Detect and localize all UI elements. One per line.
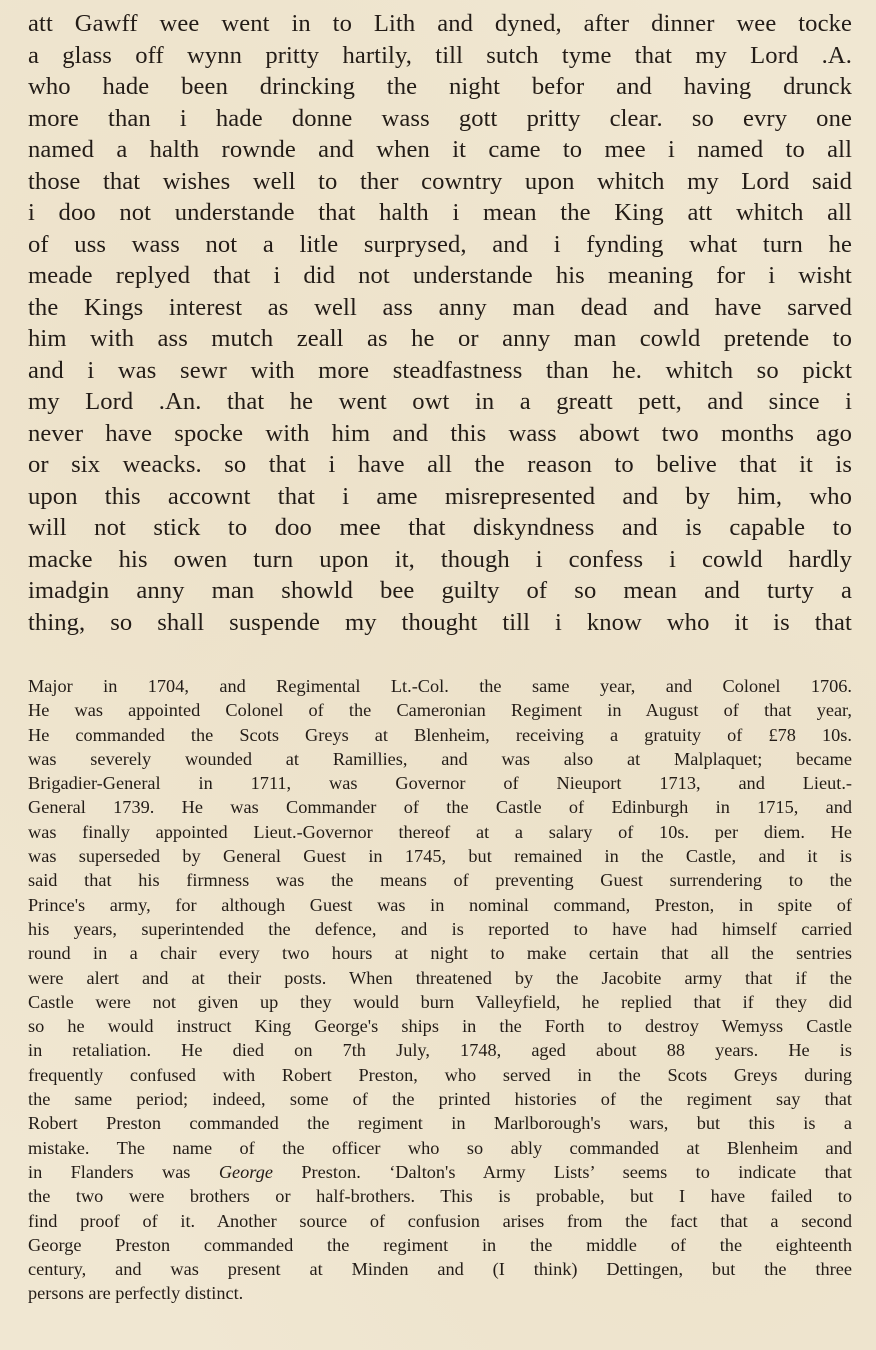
footnote-line: Major in 1704, and Regimental Lt.-Col. t… (28, 674, 852, 698)
footnote-line: Castle were not given up they would burn… (28, 990, 852, 1014)
footnote-line: persons are perfectly distinct. (28, 1281, 852, 1305)
letter-line: the Kings interest as well ass anny man … (28, 292, 852, 324)
letter-line: upon this accownt that i ame misrepresen… (28, 481, 852, 513)
letter-line: or six weacks. so that i have all the re… (28, 449, 852, 481)
footnote-line: mistake. The name of the officer who so … (28, 1136, 852, 1160)
letter-line: will not stick to doo mee that diskyndne… (28, 512, 852, 544)
letter-line: him with ass mutch zeall as he or anny m… (28, 323, 852, 355)
letter-line: of uss wass not a litle surprysed, and i… (28, 229, 852, 261)
footnote-line: was superseded by General Guest in 1745,… (28, 844, 852, 868)
footnote-line: the same period; indeed, some of the pri… (28, 1087, 852, 1111)
letter-line: i doo not understande that halth i mean … (28, 197, 852, 229)
letter-line: my Lord .An. that he went owt in a great… (28, 386, 852, 418)
footnote-line-with-italic: in Flanders was George Preston. ‘Dalton'… (28, 1160, 852, 1184)
footnote-line: were alert and at their posts. When thre… (28, 966, 852, 990)
footnote-line: his years, superintended the defence, an… (28, 917, 852, 941)
letter-line: thing, so shall suspende my thought till… (28, 607, 852, 639)
italic-name: George (219, 1162, 273, 1182)
letter-line: macke his owen turn upon it, though i co… (28, 544, 852, 576)
footnote-line: the two were brothers or half-brothers. … (28, 1184, 852, 1208)
letter-line: and i was sewr with more steadfastness t… (28, 355, 852, 387)
letter-line: who hade been drincking the night befor … (28, 71, 852, 103)
letter-line: those that wishes well to ther cowntry u… (28, 166, 852, 198)
footnote-line: Prince's army, for although Guest was in… (28, 893, 852, 917)
footnote-line: was finally appointed Lieut.-Governor th… (28, 820, 852, 844)
footnote-line: He was appointed Colonel of the Cameroni… (28, 698, 852, 722)
letter-line: att Gawff wee went in to Lith and dyned,… (28, 8, 852, 40)
footnote-line: century, and was present at Minden and (… (28, 1257, 852, 1281)
letter-line: imadgin anny man showld bee guilty of so… (28, 575, 852, 607)
footnote-line: Robert Preston commanded the regiment in… (28, 1111, 852, 1135)
letter-text: att Gawff wee went in to Lith and dyned,… (28, 8, 852, 638)
footnote-line: said that his firmness was the means of … (28, 868, 852, 892)
footnote-line: George Preston commanded the regiment in… (28, 1233, 852, 1257)
footnote-line: was severely wounded at Ramillies, and w… (28, 747, 852, 771)
letter-line: meade replyed that i did not understande… (28, 260, 852, 292)
footnote-line: so he would instruct King George's ships… (28, 1014, 852, 1038)
footnote-text: Preston. ‘Dalton's Army Lists’ seems to … (273, 1162, 852, 1182)
footnote-line: frequently confused with Robert Preston,… (28, 1063, 852, 1087)
footnote-line: General 1739. He was Commander of the Ca… (28, 795, 852, 819)
footnote-line: He commanded the Scots Greys at Blenheim… (28, 723, 852, 747)
letter-line: more than i hade donne wass gott pritty … (28, 103, 852, 135)
footnote-line: find proof of it. Another source of conf… (28, 1209, 852, 1233)
letter-line: a glass off wynn pritty hartily, till su… (28, 40, 852, 72)
page: att Gawff wee went in to Lith and dyned,… (28, 8, 852, 638)
footnote-text: in Flanders was (28, 1162, 219, 1182)
footnote-line: Brigadier-General in 1711, was Governor … (28, 771, 852, 795)
footnote: Major in 1704, and Regimental Lt.-Col. t… (28, 674, 852, 1306)
footnote-line: in retaliation. He died on 7th July, 174… (28, 1038, 852, 1062)
letter-line: named a halth rownde and when it came to… (28, 134, 852, 166)
letter-line: never have spocke with him and this wass… (28, 418, 852, 450)
footnote-line: round in a chair every two hours at nigh… (28, 941, 852, 965)
